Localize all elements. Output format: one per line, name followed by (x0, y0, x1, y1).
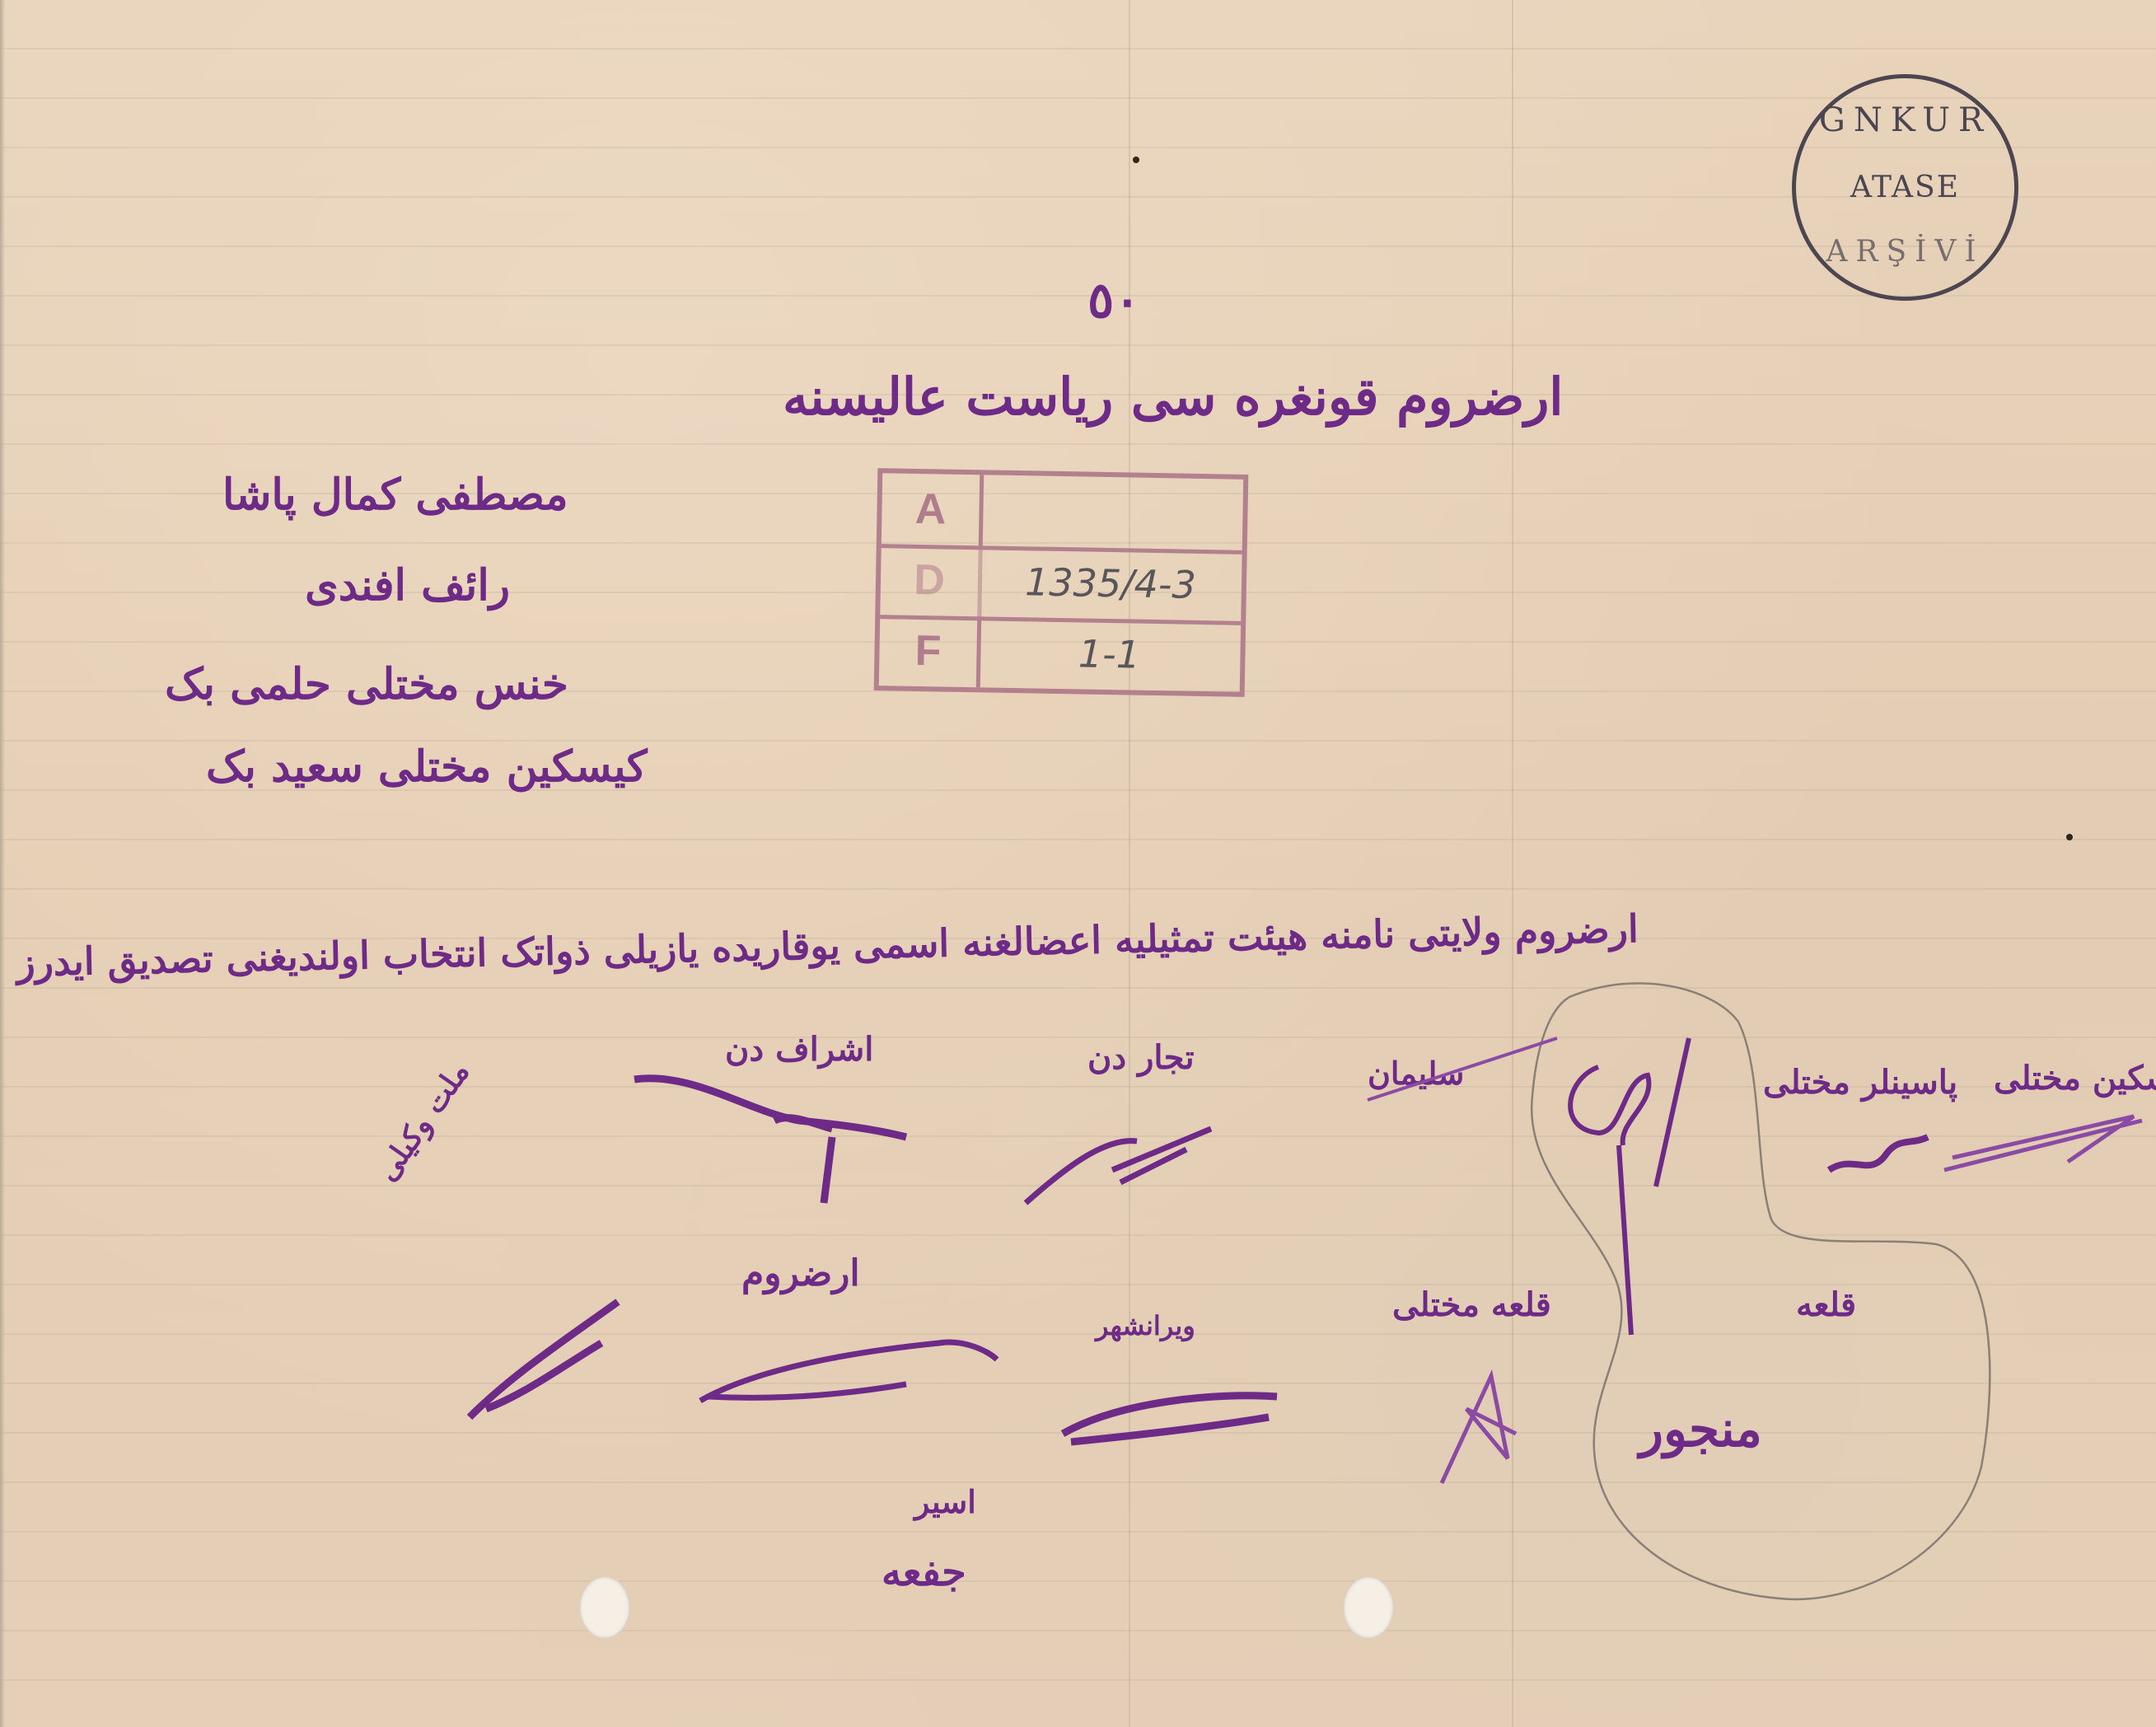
archive-round-stamp: GNKUR ATASE ARŞİVİ (1792, 74, 2018, 301)
catalog-stamp: A D 1335/4-3 F 1-1 (874, 468, 1249, 697)
catalog-row-d: D 1335/4-3 (880, 544, 1242, 625)
catalog-key: D (880, 544, 982, 616)
nominee-name: مصطفی کمال پاشا (222, 470, 568, 520)
signature-name: جفعه (882, 1549, 966, 1595)
signature-title: ویرانشهر (1096, 1310, 1195, 1341)
signature-mark (1055, 1384, 1285, 1458)
document-page: GNKUR ATASE ARŞİVİ ٥٠ ارضروم قونغره سی ر… (0, 0, 2156, 1727)
signature-title: ملت وکیلی (369, 1055, 476, 1187)
signature-mark (1936, 1104, 2150, 1178)
ink-speck (2066, 834, 2073, 840)
catalog-value: 1-1 (986, 616, 1232, 691)
stamp-bottom-text: ARŞİVİ (1796, 235, 2014, 269)
nominee-name: خنس مختلی حلمی بک (165, 659, 568, 709)
document-heading: ارضروم قونغره سی ریاست عالیسنه (783, 367, 1564, 427)
signature-title: تجار دن (1087, 1038, 1195, 1077)
punch-hole (1343, 1576, 1394, 1639)
nominee-name: کیسکین مختلی سعید بک (206, 742, 647, 792)
signature-mark (1013, 1104, 1228, 1211)
paper-fold-line (1512, 0, 1513, 1727)
signature-title: اشراف دن (725, 1030, 873, 1069)
signature-name: منجور (1639, 1401, 1762, 1458)
catalog-key: A (882, 473, 984, 545)
paper-left-edge (0, 0, 5, 1727)
stamp-middle-text: ATASE (1796, 171, 2014, 204)
stamp-top-text: GNKUR (1796, 101, 2014, 139)
signature-title: ارضروم (741, 1252, 860, 1294)
signature-mark-ekrem (1541, 1030, 1705, 1343)
signature-title: کیسکین مختلی (1994, 1059, 2156, 1098)
catalog-value: 1335/4-3 (987, 545, 1233, 620)
nominee-name: رائف افندی (305, 560, 510, 611)
catalog-value (989, 475, 1235, 550)
page-number: ٥٠ (1087, 272, 1140, 330)
catalog-row-a: A (882, 473, 1244, 555)
signature-mark (1821, 1121, 1936, 1186)
signature-title: قلعه (1796, 1285, 1856, 1324)
signature-mark (626, 1063, 923, 1211)
signature-title: اسیر (914, 1483, 976, 1520)
paper-fold-line (1129, 0, 1130, 1727)
punch-hole (579, 1576, 630, 1639)
signature-title: قلعه مختلی (1392, 1285, 1551, 1324)
body-text: ارضروم ولایتی نامنه هیئت تمثیلیه اعضالغن… (16, 906, 1639, 985)
signature-name: سلیمان (1368, 1055, 1464, 1092)
signature-title: پاسینلر مختلی (1763, 1063, 1957, 1102)
ink-speck (1133, 157, 1139, 163)
signature-mark (461, 1294, 626, 1425)
catalog-row-f: F 1-1 (879, 615, 1241, 692)
catalog-key: F (879, 615, 981, 687)
signature-mark (1433, 1360, 1524, 1491)
signature-mark (692, 1318, 1005, 1409)
